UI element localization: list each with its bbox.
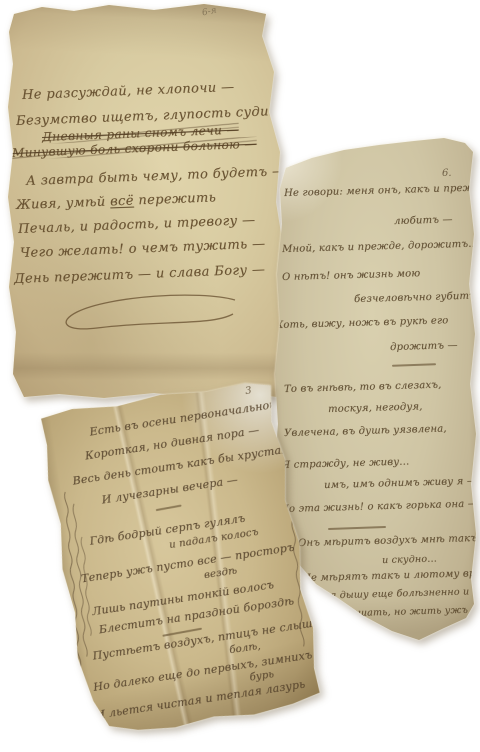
manuscript-page-1: 6-я Не разсуждай, не хлопочи — Безумство… — [4, 2, 296, 400]
handwritten-line: Онъ мѣритъ воздухъ мнѣ такъ бережно — [298, 532, 480, 549]
handwritten-line: А завтра быть чему, то будетъ — — [26, 164, 286, 189]
handwritten-line: Могу дышать, но жить ужъ не могу. — [314, 603, 480, 620]
photo-background: 6-я Не разсуждай, не хлопочи — Безумство… — [0, 0, 480, 752]
page-number: 6. — [442, 168, 452, 179]
stanza-divider-stroke — [156, 504, 182, 510]
signature-flourish — [49, 294, 241, 342]
handwritten-line: Не разсуждай, не хлопочи — — [22, 80, 235, 103]
handwritten-line: Мной, какъ и прежде, дорожитъ... — [282, 239, 479, 255]
handwritten-line: Живя, умѣй всё пережить — [16, 190, 217, 213]
manuscript-page-1-paper: 6-я Не разсуждай, не хлопочи — Безумство… — [4, 2, 296, 400]
handwritten-line: дрожитъ — — [390, 340, 458, 353]
handwritten-line: День пережитъ — и слава Богу — — [14, 262, 266, 287]
manuscript-page-3-paper: 3 Есть въ осени первоначальной Короткая,… — [32, 375, 327, 744]
handwritten-line: Увлечена, въ душѣ уязвлена, — [284, 423, 447, 439]
handwritten-line: Чего желать! о чемъ тужить — — [20, 237, 266, 261]
underlined-word: всё — [110, 193, 134, 209]
handwritten-line: То въ гнѣвѣ, то въ слезахъ, — [284, 380, 442, 395]
handwritten-line: болѣ, — [229, 641, 262, 657]
handwritten-line: тоскуя, негодуя, — [328, 401, 423, 415]
handwritten-line: Не мѣрятъ такъ и лютому врагу — — [302, 567, 480, 584]
handwritten-line: любитъ — — [394, 214, 453, 227]
handwritten-line: вездѣ — [203, 565, 238, 581]
archival-corner-mark: 6-я — [201, 6, 217, 19]
page-number: 3 — [245, 385, 253, 397]
handwritten-line: и скудно... — [382, 553, 437, 566]
handwritten-line: Не говори: меня онъ, какъ и прежде, — [284, 182, 480, 199]
handwritten-line: бурь — [249, 669, 275, 684]
handwritten-line: Хоть, вижу, ножъ въ рукѣ его — [276, 315, 449, 331]
line-fragment: Живя, умѣй — [16, 194, 111, 213]
handwritten-line: Я стражду, не живу... — [282, 456, 410, 471]
handwritten-line: Но эта жизнь! о какъ горька она — — [280, 498, 478, 515]
handwritten-line: Ахъ, я дышу еще болѣзненно и трудно, — [304, 585, 480, 602]
stanza-divider-stroke — [328, 526, 386, 530]
handwritten-line: безчеловѣчно губитъ, — [354, 291, 480, 305]
manuscript-page-3: 3 Есть въ осени первоначальной Короткая,… — [32, 375, 327, 744]
stanza-divider-stroke — [392, 363, 436, 366]
handwritten-line: Печаль, и радость, и тревогу — — [18, 213, 256, 237]
handwritten-line: О нѣтъ! онъ жизнь мою — [282, 268, 421, 283]
handwritten-line: имъ, имъ однимъ живу я — — [324, 476, 477, 491]
line-fragment: пережить — [134, 190, 217, 208]
